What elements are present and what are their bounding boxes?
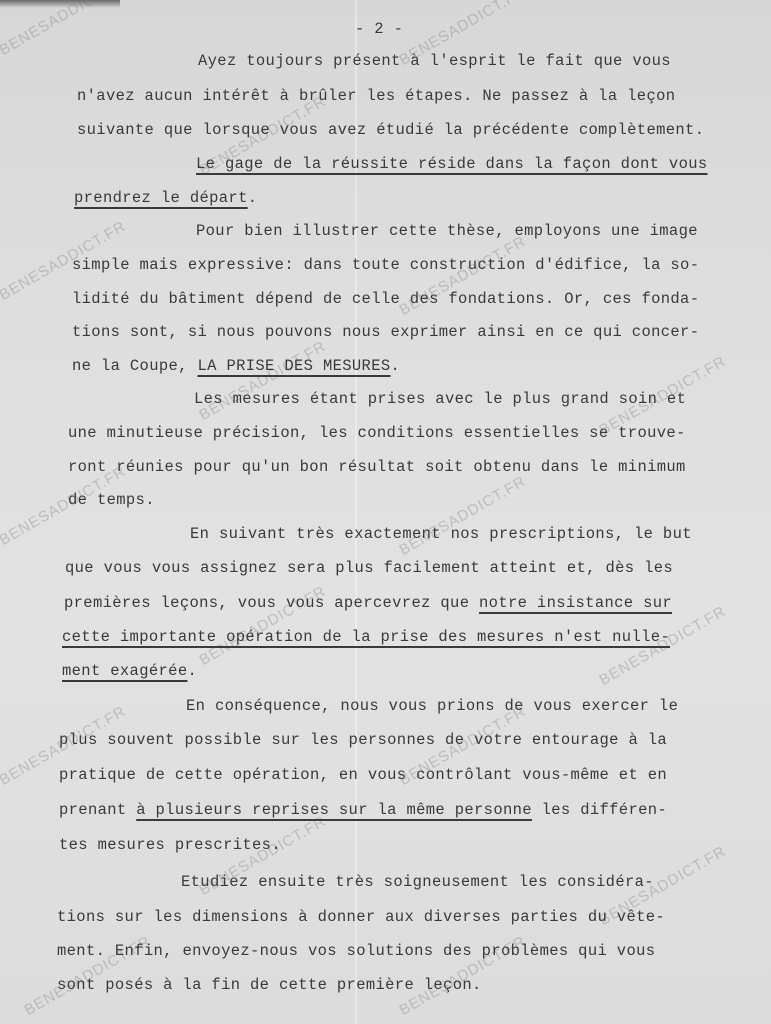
text-segment: ment. Enfin, envoyez-nous vos solutions … xyxy=(57,942,655,960)
text-line: Etudiez ensuite très soigneusement les c… xyxy=(181,873,654,891)
scanned-page: BENESADDICT.FRBENESADDICT.FRBENESADDICT.… xyxy=(0,0,771,1024)
text-line: prendrez le départ. xyxy=(74,189,257,207)
text-segment: une minutieuse précision, les conditions… xyxy=(68,424,686,442)
text-segment: . xyxy=(391,357,401,375)
text-segment: de temps. xyxy=(68,491,155,509)
paper-fold xyxy=(355,0,357,1024)
text-line: tes mesures prescrites. xyxy=(59,836,281,854)
text-line: une minutieuse précision, les conditions… xyxy=(68,424,686,442)
text-line: Le gage de la réussite réside dans la fa… xyxy=(196,155,708,173)
text-segment: suivante que lorsque vous avez étudié la… xyxy=(77,121,704,139)
text-segment: prenant xyxy=(59,801,136,819)
text-line: sont posés à la fin de cette première le… xyxy=(57,976,482,994)
text-line: Pour bien illustrer cette thèse, employo… xyxy=(196,222,698,240)
text-segment: plus souvent possible sur les personnes … xyxy=(59,731,667,749)
text-line: ne la Coupe, LA PRISE DES MESURES. xyxy=(72,357,400,375)
text-segment: pratique de cette opération, en vous con… xyxy=(59,766,667,784)
text-segment: Pour bien illustrer cette thèse, employo… xyxy=(196,222,698,240)
page-number: - 2 - xyxy=(355,20,403,38)
text-line: tions sur les dimensions à donner aux di… xyxy=(57,908,665,926)
underlined-text: à plusieurs reprises sur la même personn… xyxy=(136,801,532,819)
text-segment: En conséquence, nous vous prions de vous… xyxy=(186,697,678,715)
text-segment: que vous vous assignez sera plus facilem… xyxy=(65,559,673,577)
text-segment: ront réunies pour qu'un bon résultat soi… xyxy=(68,458,686,476)
text-line: ment. Enfin, envoyez-nous vos solutions … xyxy=(57,942,655,960)
text-line: ront réunies pour qu'un bon résultat soi… xyxy=(68,458,686,476)
text-line: pratique de cette opération, en vous con… xyxy=(59,766,667,784)
text-segment: Etudiez ensuite très soigneusement les c… xyxy=(181,873,654,891)
text-line: n'avez aucun intérêt à brûler les étapes… xyxy=(77,87,675,105)
text-line: simple mais expressive: dans toute const… xyxy=(72,256,699,274)
text-segment: En suivant très exactement nos prescript… xyxy=(190,525,692,543)
text-segment: ne la Coupe, xyxy=(72,357,197,375)
text-line: lidité du bâtiment dépend de celle des f… xyxy=(72,290,699,308)
watermark: BENESADDICT.FR xyxy=(0,0,129,59)
text-segment: . xyxy=(187,662,197,680)
text-segment: premières leçons, vous vous apercevrez q… xyxy=(64,594,479,612)
underlined-text: LA PRISE DES MESURES xyxy=(197,357,390,375)
watermark: BENESADDICT.FR xyxy=(397,473,530,559)
underlined-text: Le gage de la réussite réside dans la fa… xyxy=(196,155,708,173)
text-line: En conséquence, nous vous prions de vous… xyxy=(186,697,678,715)
text-line: de temps. xyxy=(68,491,155,509)
text-segment: Ayez toujours présent à l'esprit le fait… xyxy=(198,52,671,70)
text-line: Les mesures étant prises avec le plus gr… xyxy=(194,390,686,408)
text-line: que vous vous assignez sera plus facilem… xyxy=(65,559,673,577)
underlined-text: notre insistance sur xyxy=(479,594,672,612)
text-line: cette importante opération de la prise d… xyxy=(62,628,670,646)
text-segment: n'avez aucun intérêt à brûler les étapes… xyxy=(77,87,675,105)
text-segment: sont posés à la fin de cette première le… xyxy=(57,976,482,994)
text-line: tions sont, si nous pouvons nous exprime… xyxy=(72,323,699,341)
underlined-text: cette importante opération de la prise d… xyxy=(62,628,670,646)
text-line: En suivant très exactement nos prescript… xyxy=(190,525,692,543)
text-segment: . xyxy=(248,189,258,207)
text-line: ment exagérée. xyxy=(62,662,197,680)
text-line: premières leçons, vous vous apercevrez q… xyxy=(64,594,672,612)
text-line: plus souvent possible sur les personnes … xyxy=(59,731,667,749)
text-segment: tions sont, si nous pouvons nous exprime… xyxy=(72,323,699,341)
text-segment: Les mesures étant prises avec le plus gr… xyxy=(194,390,686,408)
text-line: prenant à plusieurs reprises sur la même… xyxy=(59,801,667,819)
text-segment: tions sur les dimensions à donner aux di… xyxy=(57,908,665,926)
text-segment: lidité du bâtiment dépend de celle des f… xyxy=(72,290,699,308)
text-segment: tes mesures prescrites. xyxy=(59,836,281,854)
watermark: BENESADDICT.FR xyxy=(197,338,330,424)
text-line: Ayez toujours présent à l'esprit le fait… xyxy=(198,52,671,70)
text-segment: les différen- xyxy=(532,801,667,819)
underlined-text: ment exagérée xyxy=(62,662,187,680)
text-line: suivante que lorsque vous avez étudié la… xyxy=(77,121,704,139)
underlined-text: prendrez le départ xyxy=(74,189,248,207)
text-segment: simple mais expressive: dans toute const… xyxy=(72,256,699,274)
